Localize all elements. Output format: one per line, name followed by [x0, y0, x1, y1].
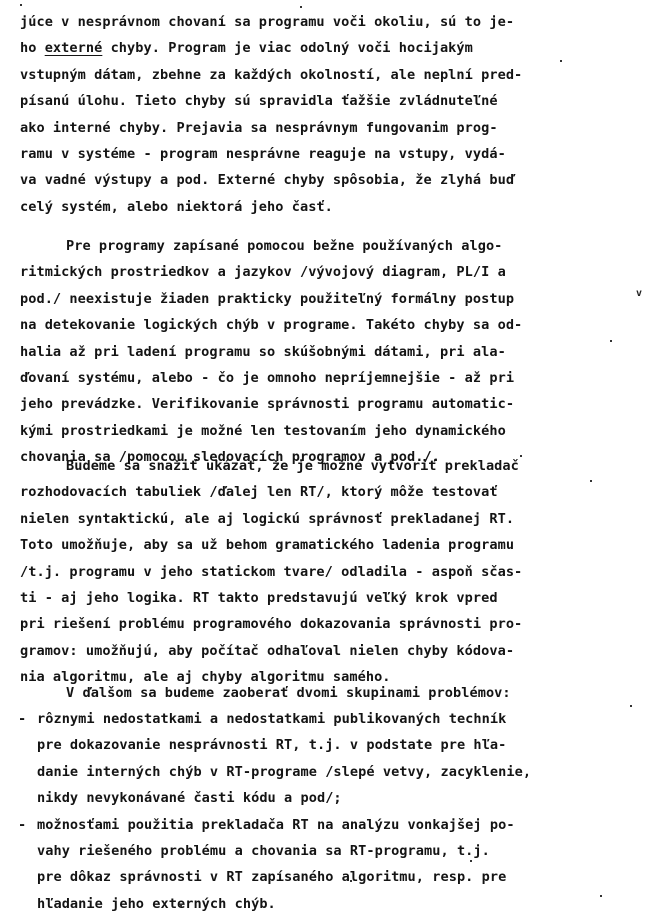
scan-speck	[350, 880, 352, 882]
paragraph-line: júce v nesprávnom chovaní sa programu vo…	[20, 12, 514, 32]
paragraph-line: vstupným dátam, zbehne za každých okolno…	[20, 65, 522, 85]
list-bullet-dash: -	[18, 815, 26, 835]
list-item-line: nikdy nevykonávané časti kódu a pod/;	[37, 788, 342, 808]
list-item-line: rôznymi nedostatkami a nedostatkami publ…	[37, 709, 506, 729]
document-page: júce v nesprávnom chovaní sa programu vo…	[0, 0, 648, 916]
underlined-term: externé	[45, 40, 103, 56]
paragraph-line: gramov: umožňujú, aby počítač odhaľoval …	[20, 641, 514, 661]
list-item-line: možnosťami použitia prekladača RT na ana…	[37, 815, 515, 835]
list-item-line: vahy riešeného problému a chovania sa RT…	[37, 841, 490, 861]
paragraph-line: nielen syntaktickú, ale aj logickú správ…	[20, 509, 514, 529]
paragraph-line: ako interné chyby. Prejavia sa nesprávny…	[20, 118, 498, 138]
paragraph-line: ritmických prostriedkov a jazykov /vývoj…	[20, 262, 506, 282]
text-run: chyby. Program je viac odolný voči hocij…	[102, 40, 473, 56]
paragraph-line: Pre programy zapísané pomocou bežne použ…	[66, 236, 502, 256]
scan-speck	[630, 705, 632, 707]
scan-speck	[20, 4, 22, 6]
paragraph-line: va vadné výstupy a pod. Externé chyby sp…	[20, 170, 514, 190]
paragraph-line: na detekovanie logických chýb v programe…	[20, 315, 522, 335]
paragraph-line: kými prostriedkami je možné len testovan…	[20, 421, 506, 441]
text-run: ho	[20, 40, 45, 56]
paragraph-line: halia až pri ladení programu so skúšobný…	[20, 342, 506, 362]
list-item-line: hľadanie jeho externých chýb.	[37, 894, 276, 914]
paragraph-line: ti - aj jeho logika. RT takto predstavuj…	[20, 588, 498, 608]
paragraph-line: Budeme sa snažiť ukázať, že je možné vyt…	[66, 456, 519, 476]
scan-speck	[590, 480, 592, 482]
paragraph-line: Toto umožňuje, aby sa už behom gramatick…	[20, 535, 514, 555]
scan-artifact-mark: v	[636, 288, 642, 299]
scan-speck	[300, 6, 302, 8]
paragraph-line: pod./ neexistuje žiaden prakticky použit…	[20, 289, 514, 309]
scan-speck	[610, 340, 612, 342]
scan-speck	[600, 895, 602, 897]
scan-speck	[520, 455, 522, 457]
list-item-line: pre dôkaz správnosti v RT zapísaného alg…	[37, 867, 506, 887]
paragraph-line: jeho prevádzke. Verifikovanie správnosti…	[20, 394, 514, 414]
paragraph-line: písanú úlohu. Tieto chyby sú spravidla ť…	[20, 91, 498, 111]
scan-speck	[560, 60, 562, 62]
paragraph-line: ramu v systéme - program nesprávne reagu…	[20, 144, 506, 164]
list-item-line: danie interných chýb v RT-programe /slep…	[37, 762, 531, 782]
paragraph-line: rozhodovacích tabuliek /ďalej len RT/, k…	[20, 482, 498, 502]
paragraph-line: pri riešení problému programového dokazo…	[20, 614, 522, 634]
paragraph-line: V ďalšom sa budeme zaoberať dvomi skupin…	[66, 683, 511, 703]
scan-speck	[470, 860, 472, 862]
paragraph-line: ho externé chyby. Program je viac odolný…	[20, 38, 473, 58]
paragraph-line: ďovaní systému, alebo - čo je omnoho nep…	[20, 368, 514, 388]
list-bullet-dash: -	[18, 709, 26, 729]
list-item-line: pre dokazovanie nesprávnosti RT, t.j. v …	[37, 735, 506, 755]
paragraph-line: /t.j. programu v jeho statickom tvare/ o…	[20, 562, 522, 582]
scan-speck	[180, 905, 182, 907]
paragraph-line: celý systém, alebo niektorá jeho časť.	[20, 197, 333, 217]
